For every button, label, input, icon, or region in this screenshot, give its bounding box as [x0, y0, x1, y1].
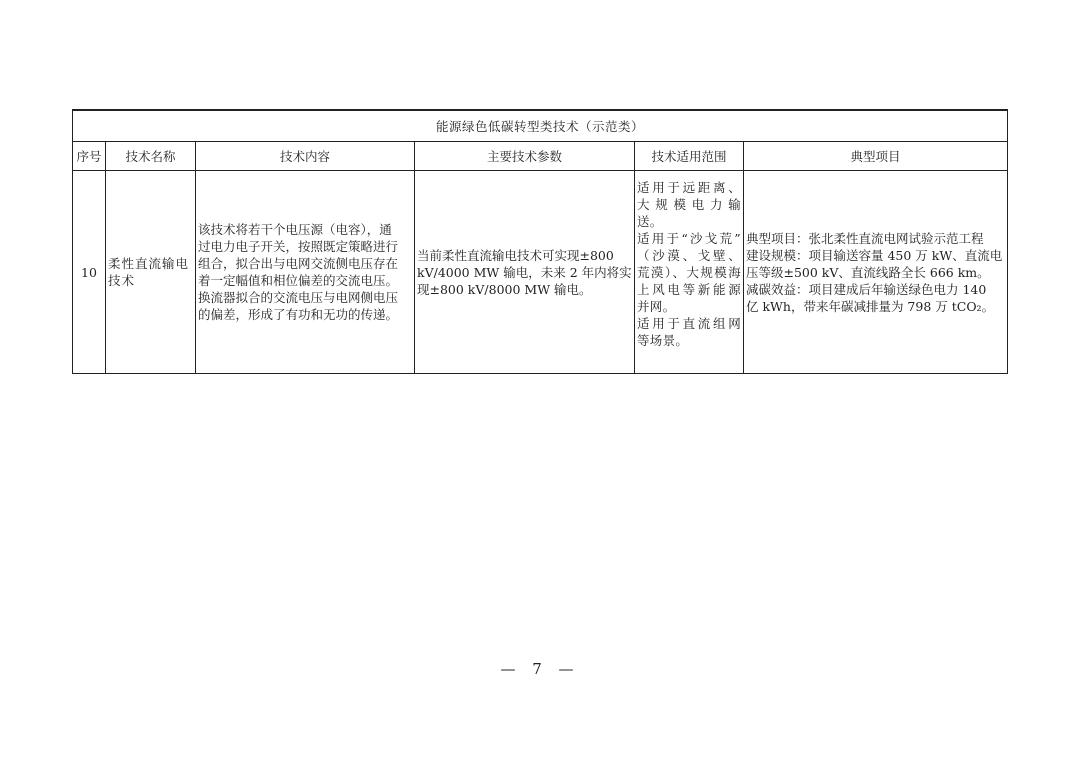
text-line: 荒漠）、大规模海 [637, 264, 741, 281]
text-line: 着一定幅值和相位偏差的交流电压。 [198, 272, 412, 289]
text-line: 上风电等新能源 [637, 281, 741, 298]
text-line: 大规模电力输 [637, 196, 741, 213]
table-caption: 能源绿色低碳转型类技术（示范类） [73, 110, 1008, 142]
header-scope: 技术适用范围 [635, 142, 744, 171]
cell-typical-project: 典型项目：张北柔性直流电网试验示范工程 建设规模：项目输送容量 450 万 kW… [744, 171, 1008, 374]
text-line: 建设规模：项目输送容量 450 万 kW、直流电 [746, 247, 1005, 264]
cell-tech-name: 柔性直流输电 技术 [106, 171, 196, 374]
text-line: 组合，拟合出与电网交流侧电压存在 [198, 255, 412, 272]
header-typical-project: 典型项目 [744, 142, 1008, 171]
text-line: 过电力电子开关，按照既定策略进行 [198, 238, 412, 255]
text-line: 当前柔性直流输电技术可实现±800 [417, 247, 632, 264]
text-line: 柔性直流输电 [108, 255, 195, 272]
header-index: 序号 [73, 142, 106, 171]
text-line: 减碳效益：项目建成后年输送绿色电力 140 [746, 281, 1005, 298]
cell-main-parameters: 当前柔性直流输电技术可实现±800 kV/4000 MW 输电，未来 2 年内将… [415, 171, 635, 374]
text-line: 适用于直流组网 [637, 315, 741, 332]
text-line: 该技术将若干个电压源（电容），通 [198, 221, 412, 238]
text-line: 适用于“沙戈荒” [637, 230, 741, 247]
header-main-parameters: 主要技术参数 [415, 142, 635, 171]
text-line: 亿 kWh，带来年碳减排量为 798 万 tCO₂。 [746, 298, 1005, 315]
text-line: 适用于远距离、 [637, 179, 741, 196]
text-line: 现±800 kV/8000 MW 输电。 [417, 281, 632, 298]
text-line: 典型项目：张北柔性直流电网试验示范工程 [746, 230, 1005, 247]
technology-table: 能源绿色低碳转型类技术（示范类） 序号 技术名称 技术内容 主要技术参数 技术适… [72, 109, 1008, 374]
table-row: 10 柔性直流输电 技术 该技术将若干个电压源（电容），通 过电力电子开关，按照… [73, 171, 1008, 374]
cell-scope: 适用于远距离、 大规模电力输 送。 适用于“沙戈荒” （沙漠、戈壁、 荒漠）、大… [635, 171, 744, 374]
text-line: 送。 [637, 213, 741, 230]
text-line: 换流器拟合的交流电压与电网侧电压 [198, 289, 412, 306]
text-line: kV/4000 MW 输电，未来 2 年内将实 [417, 264, 632, 281]
page-number: — 7 — [0, 660, 1080, 678]
text-line: 压等级±500 kV、直流线路全长 666 km。 [746, 264, 1005, 281]
header-tech-content: 技术内容 [196, 142, 415, 171]
text-line: 等场景。 [637, 332, 741, 349]
cell-index: 10 [73, 171, 106, 374]
cell-tech-content: 该技术将若干个电压源（电容），通 过电力电子开关，按照既定策略进行 组合，拟合出… [196, 171, 415, 374]
text-line: 技术 [108, 272, 195, 289]
text-line: 的偏差，形成了有功和无功的传递。 [198, 306, 412, 323]
text-line: （沙漠、戈壁、 [637, 247, 741, 264]
header-tech-name: 技术名称 [106, 142, 196, 171]
text-line: 并网。 [637, 298, 741, 315]
table-header-row: 序号 技术名称 技术内容 主要技术参数 技术适用范围 典型项目 [73, 142, 1008, 171]
